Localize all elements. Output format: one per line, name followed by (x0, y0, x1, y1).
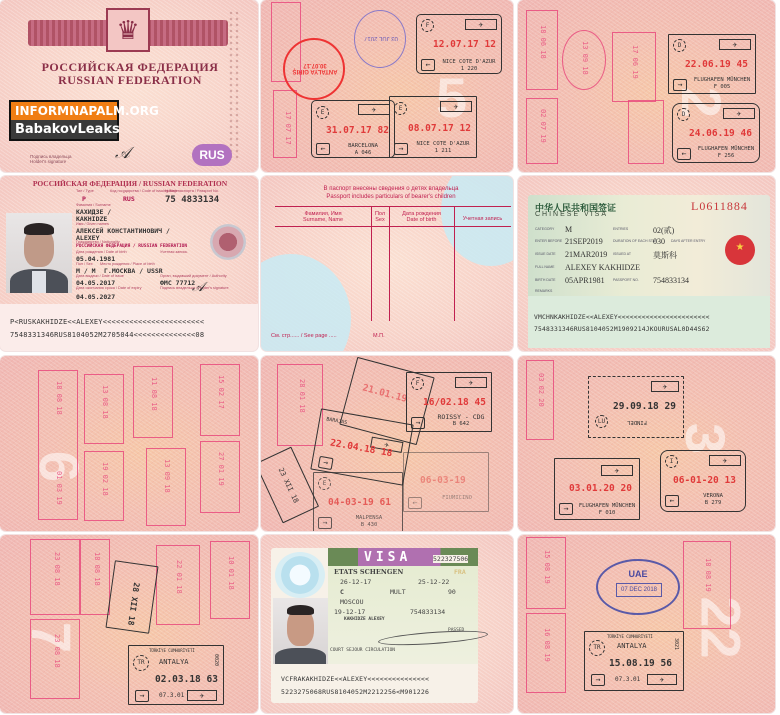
arrow-right-icon: → (559, 503, 573, 515)
border-stamp: E ✈ 08.07.17 12 → NICE COTE D'AZUR 1 211 (389, 96, 477, 158)
passport-page-5: 5 17 07 17 ANTALYA GİRİŞ 30.07.17 03 JUL… (261, 0, 513, 172)
title-en: RUSSIAN FEDERATION (0, 73, 258, 88)
passport-page-2: 2 18 06 18 13 09 18 17 06 19 02 07 19 D … (518, 0, 775, 172)
arrow-left-icon: ← (665, 495, 679, 507)
pink-stamp: 03 02 20 (526, 360, 554, 440)
arrow-right-icon: → (673, 79, 687, 91)
date-of-expiry: 04.05.2027 (76, 293, 115, 301)
pink-stamp: 19 02 18 (84, 451, 124, 521)
chinese-visa: 中华人民共和国签证 CHINESE VISA L0611884 ★ CATEGO… (528, 195, 770, 348)
mrz-zone: VMCHNKAKHIDZE<<ALEXEY<<<<<<<<<<<<<<<<<<<… (528, 296, 770, 348)
passport-type: P (82, 195, 86, 203)
pink-stamp: 27 01 19 (200, 441, 240, 513)
pink-stamp: 23 08 18 (30, 619, 80, 699)
plane-icon: ✈ (440, 101, 472, 112)
holder-photo (6, 213, 72, 293)
pink-stamp: 18 08 18 (80, 539, 110, 615)
border-stamp: E 04-03-19 61 → MALPENSA B 430 (313, 472, 403, 531)
data-page-header: РОССИЙСКАЯ ФЕДЕРАЦИЯ / RUSSIAN FEDERATIO… (0, 179, 258, 188)
arrow-right-icon: → (394, 143, 408, 155)
visa-number: 522327506 (433, 555, 468, 563)
visa-title-en: CHINESE VISA (535, 211, 608, 218)
visa-entries: 02(贰) (653, 225, 674, 236)
side-stamp: 23 XII 18 (261, 447, 319, 524)
column-header: ПолSex (371, 211, 389, 223)
visa-full-name: ALEXEY KAKHIDZE (565, 263, 640, 272)
passport-page-22: 22 15 08 19 16 08 19 18 08 19 UAE 07 DEC… (518, 535, 775, 713)
arrow-left-icon: ← (677, 148, 691, 160)
passport-page-6: 6 18 08 18 01 03 19 13 08 18 19 02 18 11… (0, 356, 258, 531)
watermark-site: INFORMNAPALM.ORG (11, 102, 117, 120)
column-header: Дата рожденияDate of birth (389, 211, 454, 223)
border-stamp: 03.01.20 20 ✈ → FLUGHAFEN MÜNCHEN F 010 (554, 458, 640, 520)
plane-icon: ✈ (723, 108, 755, 119)
pink-stamp: 17 07 17 (273, 90, 297, 158)
schengen-visa: VISA 522327506 ETATS SCHENGEN FRA 26-12-… (271, 548, 478, 703)
issuing-state: RUS (123, 195, 135, 203)
signature-loop (378, 628, 489, 648)
visa-birth-date: 05APR1981 (565, 276, 605, 285)
passport-number: 754833134 (410, 608, 445, 616)
border-stamp: I ✈ 06-01-20 13 ← VERONA B 279 (660, 450, 746, 512)
border-stamp: 06-03-19 ← FIUMICINO (403, 452, 489, 512)
uae-entry-stamp: UAE 07 DEC 2018 (596, 559, 680, 615)
see-page-note: См. стр...... / See page ..... (271, 333, 337, 339)
round-stamp-antalya: ANTALYA GİRİŞ 30.07.17 (283, 38, 345, 100)
visa-category: M (565, 225, 572, 234)
visa-entries: MULT (390, 588, 406, 596)
pink-stamp: 15 08 19 (526, 537, 566, 609)
column-header: Учетная запись (454, 216, 511, 222)
pink-stamp: 22 01 18 (156, 545, 200, 625)
pink-stamp: 13 09 18 (146, 448, 186, 526)
watermark-tag: BabakovLeaks (11, 120, 117, 139)
particulars-title-en: Passport includes particulars of bearer'… (261, 194, 513, 200)
mrz-line-1: VMCHNKAKHIDZE<<ALEXEY<<<<<<<<<<<<<<<<<<<… (534, 314, 710, 321)
plane-icon: ✈ (601, 465, 633, 476)
plane-icon: ✈ (465, 19, 497, 30)
visa-type: ETATS SCHENGEN (334, 568, 403, 576)
side-stamp: 28 XII 18 (105, 560, 158, 633)
visa-category: C (340, 588, 344, 596)
valid-until: 25-12-22 (418, 578, 449, 586)
chinese-visa-page: 中华人民共和国签证 CHINESE VISA L0611884 ★ CATEGO… (518, 176, 775, 351)
plane-icon: ✈ (651, 381, 679, 392)
passport-page-3: 3 03 02 20 LU ✈ 29.09.18 29 FINDEL 03.01… (518, 356, 775, 531)
signature-label: Подпись владельца Holder's signature (30, 154, 72, 164)
holder-photo (273, 598, 328, 664)
schengen-visa-page: VISA 522327506 ETATS SCHENGEN FRA 26-12-… (261, 535, 513, 713)
plane-icon: ✈ (709, 455, 741, 466)
visa-issue-date: 21MAR2019 (565, 250, 607, 259)
signature: 𝒜 (115, 143, 130, 163)
visa-body: ETATS SCHENGEN FRA 26-12-17 25-12-22 C M… (328, 566, 478, 664)
pink-stamp: 18 08 18 01 03 19 (38, 370, 78, 520)
pink-stamp: 02 07 19 (526, 98, 558, 164)
seal-note: М.П. (373, 333, 385, 339)
arrow-right-icon: → (591, 674, 605, 686)
issue-date: 19-12-17 (334, 608, 365, 616)
passport-particulars-page: В паспорт внесены сведения о детях владе… (261, 176, 513, 351)
mrz-line-1: VCFRAKAKHIDZE<<ALEXEY<<<<<<<<<<<<<<< (281, 675, 429, 683)
visa-number: L0611884 (691, 199, 748, 214)
plane-icon: ✈ (187, 690, 217, 701)
plane-icon: ✈ (455, 377, 487, 388)
double-headed-eagle-icon: ♛ (106, 8, 150, 52)
arrow-right-icon: → (318, 456, 334, 470)
passport-page-7: 7 23 08 18 18 08 18 23 08 18 22 01 18 10… (0, 535, 258, 713)
arrow-right-icon: → (135, 690, 149, 702)
pink-stamp: 18 08 19 (683, 541, 731, 629)
arrow-left-icon: ← (408, 497, 422, 509)
mrz-line-1: P<RUSKAKHIDZE<<ALEXEY<<<<<<<<<<<<<<<<<<<… (10, 318, 204, 326)
pink-stamp: 11 08 18 (133, 366, 173, 438)
passport-cover-page: ♛ РОССИЙСКАЯ ФЕДЕРАЦИЯ RUSSIAN FEDERATIO… (0, 0, 258, 172)
pink-stamp (628, 100, 664, 164)
pink-stamp: 13 09 18 (562, 30, 606, 90)
border-stamp: F ✈ 12.07.17 12 ← NICE COTE D'AZUR 1 220 (416, 14, 502, 74)
pink-stamp: 13 08 18 (84, 374, 124, 444)
watermark-logo: INFORMNAPALM.ORG BabakovLeaks (9, 100, 119, 141)
border-stamp: F ✈ 16/02.18 45 → ROISSY - CDG B 642 (406, 372, 492, 432)
border-stamp: D ✈ 24.06.19 46 ← FLUGHAFEN MÜNCHEN F 25… (672, 103, 760, 163)
particulars-title-ru: В паспорт внесены сведения о детях владе… (261, 186, 513, 192)
issued-in: MOSCOU (340, 598, 363, 606)
border-stamp: LU ✈ 29.09.18 29 FINDEL (588, 376, 684, 438)
visa-country: FRA (454, 568, 466, 576)
visa-hologram (275, 552, 325, 598)
arrow-left-icon: ← (421, 59, 435, 71)
column-header: Фамилия, ИмяSurname, Name (275, 211, 371, 223)
pink-stamp: 15 02 17 (200, 364, 240, 436)
country-badge: RUS (192, 144, 232, 166)
visa-remarks: COURT SEJOUR CIRCULATION (330, 648, 395, 653)
mrz-line-2: 7548331346RUS8104052M1909214JKOURUSAL0D4… (534, 326, 710, 333)
visa-duration: 90 (448, 588, 456, 596)
visa-issued-at: 莫斯科 (653, 250, 677, 261)
nationality: РОССИЙСКАЯ ФЕДЕРАЦИЯ / RUSSIAN FEDERATIO… (76, 244, 187, 249)
holder-signature: 𝒜 (192, 280, 204, 295)
mrz-line-2: 5223275068RUS8104052M2212256<M901226 (281, 688, 429, 696)
prc-emblem-icon: ★ (725, 235, 755, 265)
mrz-line-2: 7548331346RUS8104052M2705044<<<<<<<<<<<<… (10, 331, 204, 339)
border-stamp-antalya: TÜRKİYE CUMHURİYETİ TR ANTALYA 02.03.18 … (128, 645, 224, 705)
round-stamp-purple: 03 JUL 2017 (354, 10, 406, 68)
border-stamp: E ✈ 31.07.17 82 ← BARCELONA A 046 (311, 100, 395, 158)
plane-icon: ✈ (647, 674, 677, 685)
passport-page-4: 28 01 18 21.01.19 F ✈ 16/02.18 45 → ROIS… (261, 356, 513, 531)
arrow-left-icon: ← (316, 143, 330, 155)
visa-passport-no: 754833134 (653, 276, 689, 285)
plane-icon: ✈ (719, 39, 751, 50)
pink-stamp: 10 01 18 (210, 541, 250, 619)
pink-stamp: 18 06 18 (526, 10, 558, 90)
mrz-zone: P<RUSKAKHIDZE<<ALEXEY<<<<<<<<<<<<<<<<<<<… (0, 304, 258, 351)
hologram-emblem (203, 217, 254, 268)
border-stamp: D ✈ 22.06.19 45 → FLUGHAFEN MÜNCHEN F 00… (668, 34, 756, 94)
visa-enter-before: 21SEP2019 (565, 237, 603, 246)
pink-stamp: 17 06 19 (612, 32, 656, 102)
visa-duration: 030 (653, 237, 665, 246)
pink-stamp: 23 08 18 (30, 539, 80, 615)
border-stamp-antalya: TÜRKİYE CUMHURİYETİ TR ANTALYA 15.08.19 … (584, 631, 684, 691)
pink-stamp: 16 08 19 (526, 613, 566, 693)
passport-data-page: РОССИЙСКАЯ ФЕДЕРАЦИЯ / RUSSIAN FEDERATIO… (0, 176, 258, 351)
holder-name: KAKHIDZE ALEXEY (344, 617, 385, 622)
arrow-right-icon: → (318, 517, 332, 529)
valid-from: 26-12-17 (340, 578, 371, 586)
passport-number: 75 4833134 (165, 195, 219, 205)
plane-icon: ✈ (358, 104, 390, 115)
